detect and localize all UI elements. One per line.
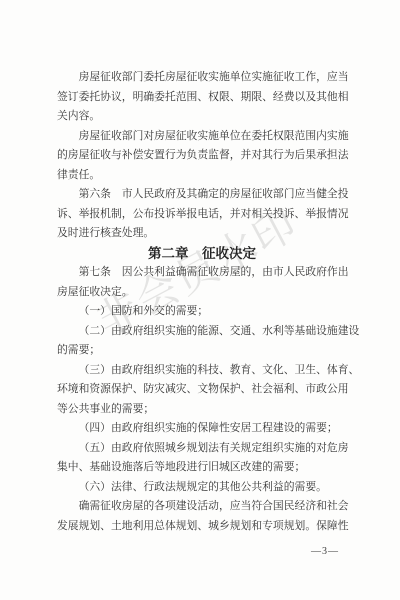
- text-line: 房屋征收决定。: [57, 283, 347, 303]
- text-line: 房屋征收部门对房屋征收实施单位在委托权限范围内实施: [57, 127, 347, 147]
- text-line: 诉、举报机制，公布投诉举报电话，并对相关投诉、举报情况: [57, 205, 347, 225]
- text-line: （六）法律、行政法规规定的其他公共利益的需要。: [57, 478, 347, 498]
- text-line: 关内容。: [57, 107, 347, 127]
- text-line: 的需要；: [57, 341, 347, 361]
- page-number: —3—: [300, 546, 350, 557]
- text-line: 签订委托协议，明确委托范围、权限、期限、经费以及其他相: [57, 88, 347, 108]
- text-line: 第六条 市人民政府及其确定的房屋征收部门应当健全投: [57, 185, 347, 205]
- text-line: （五）由政府依照城乡规划法有关规定组织实施的对危房: [57, 439, 347, 459]
- text-line: 及时进行核查处理。: [57, 224, 347, 244]
- text-line: （一）国防和外交的需要；: [57, 302, 347, 322]
- text-lines: 房屋征收部门委托房屋征收实施单位实施征收工作，应当签订委托协议，明确委托范围、权…: [57, 68, 347, 536]
- text-line: 律责任。: [57, 166, 347, 186]
- text-line: 房屋征收部门委托房屋征收实施单位实施征收工作，应当: [57, 68, 347, 88]
- text-line: 集中、基础设施落后等地段进行旧城区改建的需要；: [57, 458, 347, 478]
- text-line: （四）由政府组织实施的保障性安居工程建设的需要；: [57, 419, 347, 439]
- text-line: 的房屋征收与补偿安置行为负责监督，并对其行为后果承担法: [57, 146, 347, 166]
- text-line: 发展规划、土地利用总体规划、城乡规划和专项规划。保障性: [57, 517, 347, 537]
- chapter-heading: 第二章 征收决定: [57, 244, 347, 264]
- text-line: 确需征收房屋的各项建设活动，应当符合国民经济和社会: [57, 497, 347, 517]
- text-line: 等公共事业的需要；: [57, 400, 347, 420]
- text-line: 环境和资源保护、防灾减灾、文物保护、社会福利、市政公用: [57, 380, 347, 400]
- text-line: （二）由政府组织实施的能源、交通、水利等基础设施建设: [57, 322, 347, 342]
- document-page: 非会员水印 房屋征收部门委托房屋征收实施单位实施征收工作，应当签订委托协议，明确…: [0, 0, 400, 600]
- text-line: 第七条 因公共利益确需征收房屋的，由市人民政府作出: [57, 263, 347, 283]
- text-line: （三）由政府组织实施的科技、教育、文化、卫生、体育、: [57, 361, 347, 381]
